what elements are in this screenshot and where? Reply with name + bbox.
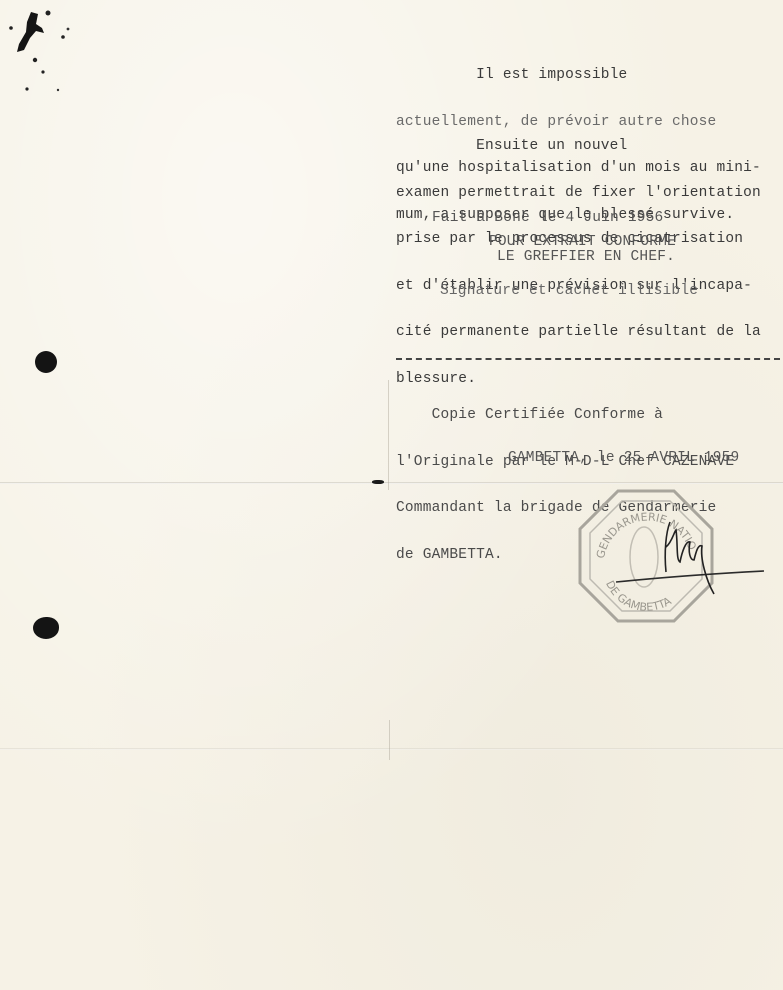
- certification-date: GAMBETTA, le 25 AVRIL 1959: [508, 451, 739, 467]
- date-line: Fait à Bône le 4 Juin 1956: [432, 211, 663, 227]
- text-line: Il est impossible: [396, 68, 761, 84]
- document-page: Il est impossible actuellement, de prévo…: [0, 0, 783, 990]
- dashed-separator: [396, 358, 780, 360]
- fold-line-lower: [0, 748, 783, 750]
- punch-hole: [35, 351, 57, 373]
- ink-blot-mark: [0, 0, 90, 100]
- extract-conforme-line2: LE GREFFIER EN CHEF.: [497, 250, 675, 266]
- signature-note: Signature et cachet illisible: [440, 284, 698, 300]
- fold-line-vertical: [388, 380, 389, 490]
- text-line: examen permettrait de fixer l'orientatio…: [396, 186, 761, 202]
- text-line: cité permanente partielle résultant de l…: [396, 325, 761, 341]
- text-line: Ensuite un nouvel: [396, 139, 761, 155]
- handwritten-signature: [616, 502, 766, 602]
- ink-speck: [372, 480, 384, 484]
- punch-hole: [33, 617, 59, 639]
- text-line: Copie Certifiée Conforme à: [396, 408, 734, 424]
- gendarmerie-stamp: GENDARMERIE NATIONALE DE GAMBETTA: [576, 487, 716, 625]
- fold-line-vertical-lower: [389, 720, 390, 760]
